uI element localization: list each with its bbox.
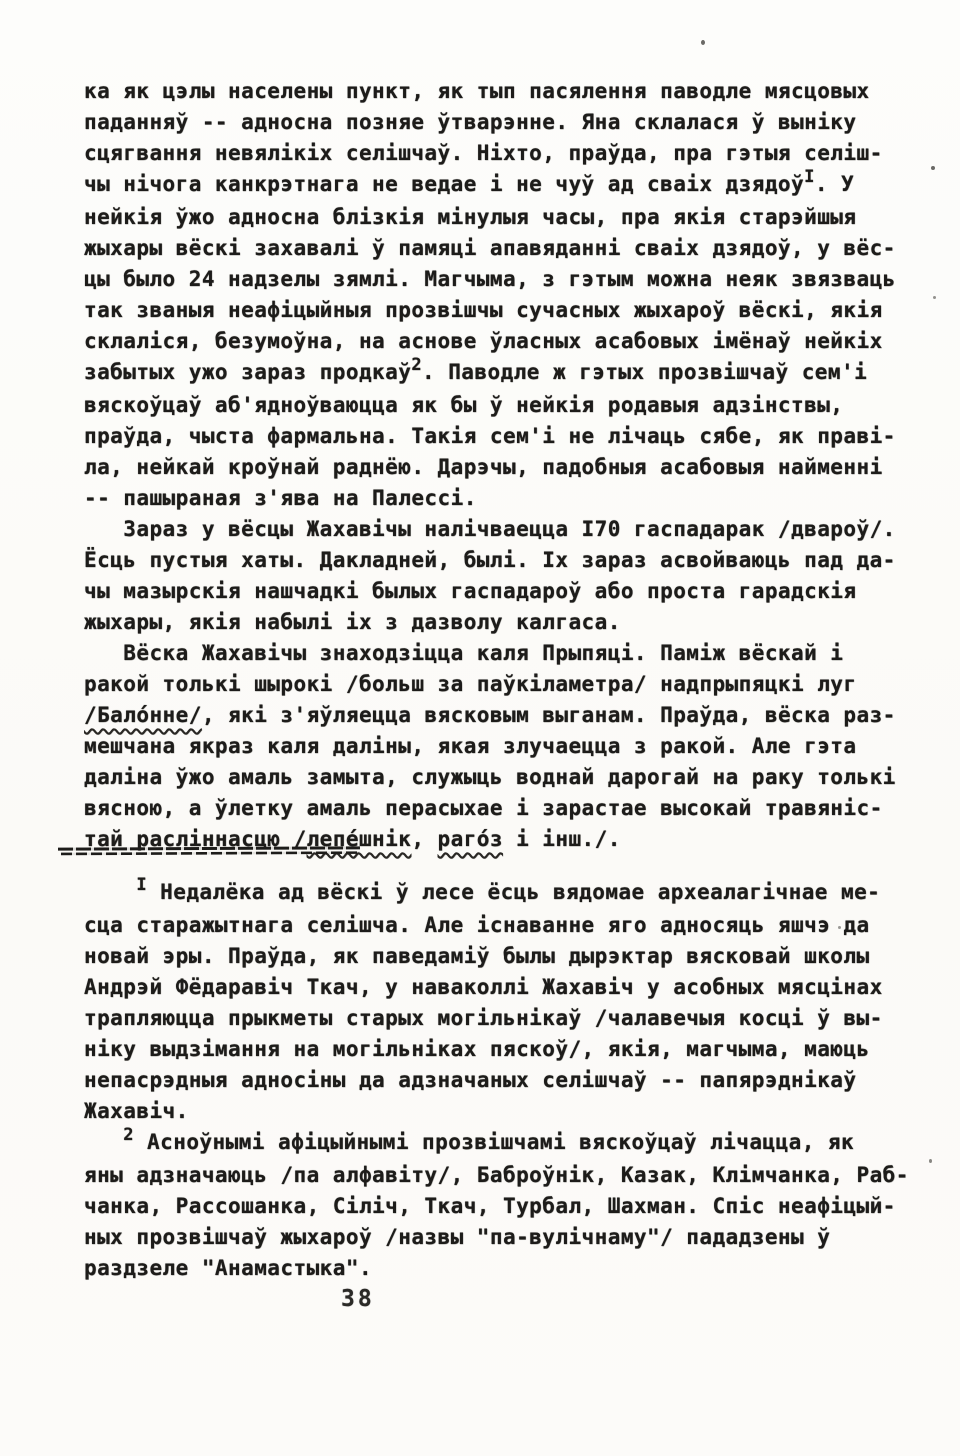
footnotes-block: I Недалёка ад вёскі ў лесе ёсць вядомае … — [84, 877, 909, 1284]
text-line: даліна ўжо амаль замыта, служыць воднай … — [84, 762, 896, 793]
text-line: I Недалёка ад вёскі ў лесе ёсць вядомае … — [84, 877, 909, 910]
text-line: раздзеле "Анамастыка". — [84, 1253, 909, 1284]
text-line: ных прозвішчаў жыхароў /назвы "па-вулічн… — [84, 1222, 909, 1253]
footnote-separator-line — [58, 846, 360, 856]
text-segment: ніку выдзімання на могільніках пяскоў/, … — [84, 1037, 870, 1061]
page-number: 38 — [341, 1286, 375, 1312]
text-segment: сцягвання невялікіх селішчаў. Ніхто, пра… — [84, 141, 883, 165]
text-segment: чы нічога канкрэтнага не ведае і не чуў … — [84, 172, 804, 196]
text-line: новай эры. Праўда, як паведаміў былы дыр… — [84, 941, 909, 972]
text-segment: цы было 24 надзелы зямлі. Магчыма, з гэт… — [84, 267, 896, 291]
text-line: ракой толькі шырокі /больш за паўкіламет… — [84, 669, 896, 700]
text-segment: чанка, Рассошанка, Сіліч, Ткач, Турбал, … — [84, 1194, 896, 1218]
text-segment: ла, нейкай кроўнай раднёю. Дарэчы, падоб… — [84, 455, 883, 479]
text-line: Андрэй Фёдаравіч Ткач, у наваколлі Жахав… — [84, 972, 909, 1003]
text-line: вясною, а ўлетку амаль перасыхае і зарас… — [84, 793, 896, 824]
text-segment: Ёсць пустыя хаты. Дакладней, былі. Іх за… — [84, 548, 896, 572]
underlined-term: раго́з — [438, 827, 503, 851]
text-line: -- пашыраная з'ява на Палессі. — [84, 483, 896, 514]
scan-speck — [701, 40, 705, 45]
text-line: чы нічога канкрэтнага не ведае і не чуў … — [84, 169, 896, 202]
text-segment: ных прозвішчаў жыхароў /назвы "па-вулічн… — [84, 1225, 830, 1249]
text-line: праўда, чыста фармальна. Такія сем'і не … — [84, 421, 896, 452]
text-segment: -- пашыраная з'ява на Палессі. — [84, 486, 477, 510]
text-segment: паданняў -- адносна позняе ўтварэнне. Ян… — [84, 110, 857, 134]
text-line: Вёска Жахавічы знаходзіцца каля Прыпяці.… — [84, 638, 896, 669]
footnote-marker: I — [804, 167, 815, 187]
text-line: цы было 24 надзелы зямлі. Магчыма, з гэт… — [84, 264, 896, 295]
text-line: склаліся, безумоўна, на аснове ўласных а… — [84, 326, 896, 357]
text-segment: чы мазырскія нашчадкі былых гаспадароў а… — [84, 579, 857, 603]
text-line: сцягвання невялікіх селішчаў. Ніхто, пра… — [84, 138, 896, 169]
text-segment: мешчана якраз каля даліны, якая злучаецц… — [84, 734, 857, 758]
text-line: трапляюцца прыкметы старых могільнікаў /… — [84, 1003, 909, 1034]
text-segment: яны адзначаюць /па алфавіту/, Баброўнік,… — [84, 1163, 909, 1187]
scanned-document-page: ка як цэлы населены пункт, як тып пасяле… — [0, 0, 960, 1456]
text-segment: трапляюцца прыкметы старых могільнікаў /… — [84, 1006, 883, 1030]
footnote-marker: 2 — [411, 355, 422, 375]
text-segment: Асноўнымі афіцыйнымі прозвішчамі вяскоўц… — [134, 1130, 854, 1154]
text-segment: склаліся, безумоўна, на аснове ўласных а… — [84, 329, 883, 353]
text-segment: новай эры. Праўда, як паведаміў былы дыр… — [84, 944, 870, 968]
text-line: жыхары вёскі захавалі ў памяці апавяданн… — [84, 233, 896, 264]
text-line: жыхары, якія набылі іх з дазволу калгаса… — [84, 607, 896, 638]
text-line: Зараз у вёсцы Жахавічы налічваецца I70 г… — [84, 514, 896, 545]
text-segment: раздзеле "Анамастыка". — [84, 1256, 372, 1280]
text-line: ніку выдзімання на могільніках пяскоў/, … — [84, 1034, 909, 1065]
text-line: чы мазырскія нашчадкі былых гаспадароў а… — [84, 576, 896, 607]
text-segment: ка як цэлы населены пункт, як тып пасяле… — [84, 79, 870, 103]
text-line: нейкія ўжо адносна блізкія мінулыя часы,… — [84, 202, 896, 233]
text-line: ла, нейкай кроўнай раднёю. Дарэчы, падоб… — [84, 452, 896, 483]
text-line: яны адзначаюць /па алфавіту/, Баброўнік,… — [84, 1160, 909, 1191]
footnote-marker: 2 — [123, 1125, 134, 1145]
underlined-term: /Бало́нне/ — [84, 703, 202, 727]
text-segment: Зараз у вёсцы Жахавічы налічваецца I70 г… — [84, 517, 896, 541]
text-segment: , — [411, 827, 437, 851]
text-segment: вясною, а ўлетку амаль перасыхае і зарас… — [84, 796, 883, 820]
text-segment: вяскоўцаў аб'ядноўваюцца як бы ў нейкія … — [84, 393, 843, 417]
text-line: паданняў -- адносна позняе ўтварэнне. Ян… — [84, 107, 896, 138]
text-segment: . У — [815, 172, 854, 196]
text-line: чанка, Рассошанка, Сіліч, Ткач, Турбал, … — [84, 1191, 909, 1222]
text-segment: непасрэдныя адносіны да адзначаных селіш… — [84, 1068, 857, 1092]
text-line: сца старажытнага селішча. Але існаванне … — [84, 910, 909, 941]
text-line: 2 Асноўнымі афіцыйнымі прозвішчамі вяско… — [84, 1127, 909, 1160]
text-segment — [84, 1130, 123, 1154]
text-segment — [84, 880, 136, 904]
text-segment: . Паводле ж гэтых прозвішчаў сем'і — [422, 360, 867, 384]
text-line: Жахавіч. — [84, 1096, 909, 1127]
text-segment: ракой толькі шырокі /больш за паўкіламет… — [84, 672, 857, 696]
text-segment: забытых ужо зараз продкаў — [84, 360, 411, 384]
scan-speck — [931, 166, 935, 170]
text-segment: праўда, чыста фармальна. Такія сем'і не … — [84, 424, 896, 448]
text-segment: Вёска Жахавічы знаходзіцца каля Прыпяці.… — [84, 641, 843, 665]
text-segment: жыхары, якія набылі іх з дазволу калгаса… — [84, 610, 621, 634]
text-line: ка як цэлы населены пункт, як тып пасяле… — [84, 76, 896, 107]
text-line: так званыя неафіцыйныя прозвішчы сучасны… — [84, 295, 896, 326]
text-line: забытых ужо зараз продкаў2. Паводле ж гэ… — [84, 357, 896, 390]
text-segment: даліна ўжо амаль замыта, служыць воднай … — [84, 765, 896, 789]
text-line: непасрэдныя адносіны да адзначаных селіш… — [84, 1065, 909, 1096]
text-segment: сца старажытнага селішча. Але існаванне … — [84, 913, 870, 937]
text-segment: Андрэй Фёдаравіч Ткач, у наваколлі Жахав… — [84, 975, 883, 999]
text-line: мешчана якраз каля даліны, якая злучаецц… — [84, 731, 896, 762]
text-segment: Недалёка ад вёскі ў лесе ёсць вядомае ар… — [147, 880, 880, 904]
body-text-block: ка як цэлы населены пункт, як тып пасяле… — [84, 76, 896, 855]
text-segment: нейкія ўжо адносна блізкія мінулыя часы,… — [84, 205, 857, 229]
scan-speck — [838, 926, 841, 929]
text-line: /Бало́нне/, які з'яўляецца вясковым выга… — [84, 700, 896, 731]
scan-speck — [929, 1159, 932, 1163]
text-line: вяскоўцаў аб'ядноўваюцца як бы ў нейкія … — [84, 390, 896, 421]
text-segment: , які з'яўляецца вясковым выганам. Праўд… — [202, 703, 896, 727]
text-line: Ёсць пустыя хаты. Дакладней, былі. Іх за… — [84, 545, 896, 576]
text-segment: і інш./. — [503, 827, 621, 851]
text-segment: так званыя неафіцыйныя прозвішчы сучасны… — [84, 298, 883, 322]
text-segment: Жахавіч. — [84, 1099, 189, 1123]
scan-speck — [933, 296, 936, 299]
footnote-marker: I — [136, 875, 147, 895]
text-segment: жыхары вёскі захавалі ў памяці апавяданн… — [84, 236, 896, 260]
